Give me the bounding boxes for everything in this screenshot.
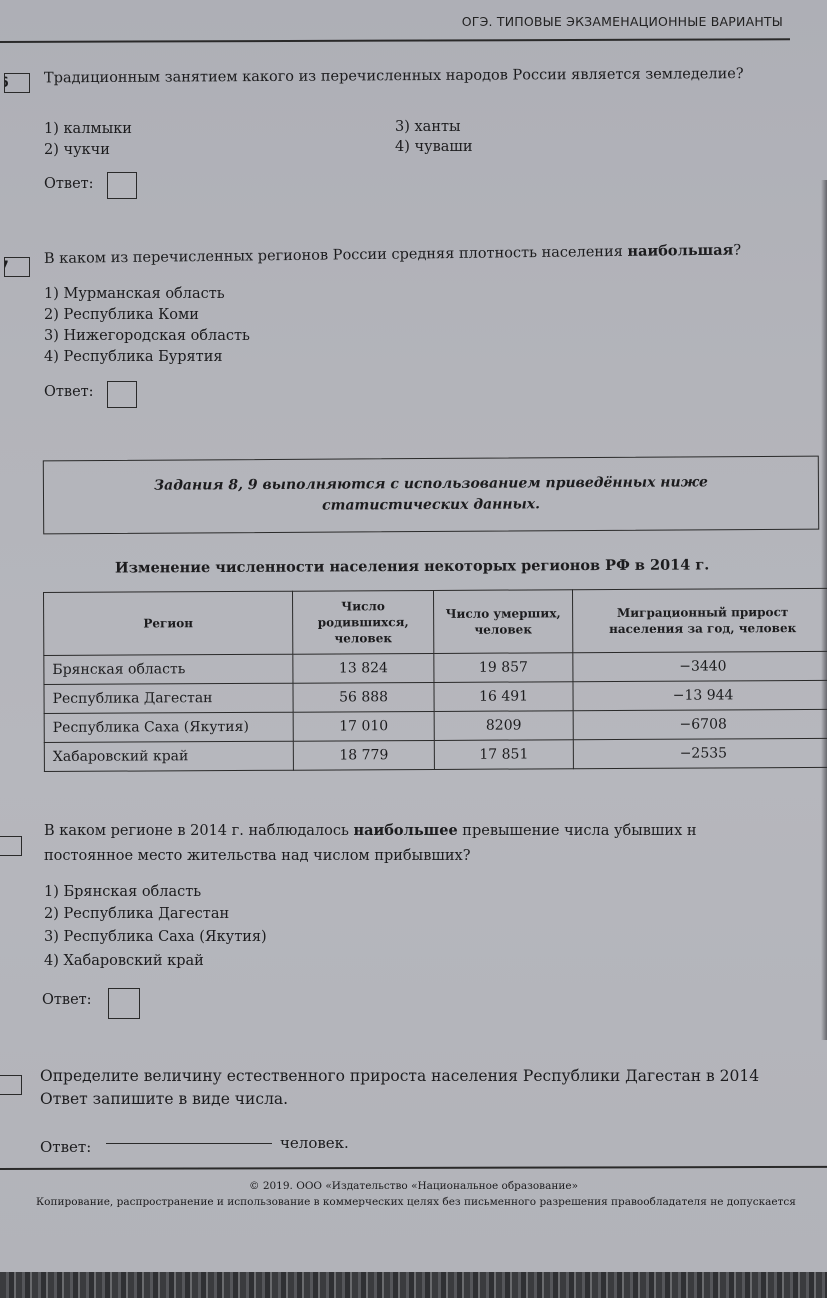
question-6-text: Традиционным занятием какого из перечисл… xyxy=(44,64,804,90)
births-cell: 17 010 xyxy=(293,711,434,741)
table-row: Хабаровский край18 77917 851−2535 xyxy=(44,738,827,771)
table-header-row: Регион Число родившихся, человек Число у… xyxy=(44,588,827,655)
table-row: Республика Саха (Якутия)17 0108209−6708 xyxy=(44,709,827,742)
question-6-answer-box[interactable] xyxy=(107,172,137,199)
question-9-answer-unit: человек. xyxy=(280,1134,349,1152)
question-7-option-3: 3) Нижегородская область xyxy=(44,326,250,347)
births-cell: 13 824 xyxy=(293,653,434,683)
column-header-region: Регион xyxy=(44,591,293,655)
question-8-option-2: 2) Республика Дагестан xyxy=(44,904,229,925)
instructions-notice: Задания 8, 9 выполняются с использование… xyxy=(43,456,819,535)
region-cell: Хабаровский край xyxy=(44,741,293,771)
question-6-option-2: 2) чукчи xyxy=(44,140,110,161)
question-6-option-3: 3) ханты xyxy=(395,117,461,138)
question-9-text: Определите величину естественного прирос… xyxy=(40,1066,759,1110)
question-number-6: 6 xyxy=(4,73,30,93)
table-row: Республика Дагестан56 88816 491−13 944 xyxy=(44,680,827,713)
header-rule xyxy=(0,38,790,42)
question-9-answer-label: Ответ: xyxy=(40,1138,91,1156)
question-7-text: В каком из перечисленных регионов России… xyxy=(44,239,741,270)
migration-cell: −3440 xyxy=(573,651,827,681)
question-8-option-1: 1) Брянская область xyxy=(44,882,201,903)
question-7-option-2: 2) Республика Коми xyxy=(44,305,199,326)
question-9-answer-field[interactable] xyxy=(106,1143,272,1144)
question-8-text: В каком регионе в 2014 г. наблюдалось на… xyxy=(44,820,697,867)
footer-copyright: © 2019. ООО «Издательство «Национальное … xyxy=(0,1180,827,1192)
table-row: Брянская область13 82419 857−3440 xyxy=(44,651,827,684)
question-7-answer-box[interactable] xyxy=(107,381,137,408)
question-8-option-4: 4) Хабаровский край xyxy=(44,951,204,972)
question-7-option-4: 4) Республика Бурятия xyxy=(44,347,223,368)
deaths-cell: 17 851 xyxy=(434,740,573,770)
column-header-migration: Миграционный прирост населения за год, ч… xyxy=(572,588,827,652)
population-table: Регион Число родившихся, человек Число у… xyxy=(43,588,827,772)
table-title: Изменение численности населения некоторы… xyxy=(115,556,709,576)
question-6-option-1: 1) калмыки xyxy=(44,119,132,140)
page-edge-shadow xyxy=(821,180,827,1040)
question-7-option-1: 1) Мурманская область xyxy=(44,284,225,305)
question-6-answer-label: Ответ: xyxy=(44,176,94,192)
running-header: ОГЭ. ТИПОВЫЕ ЭКЗАМЕНАЦИОННЫЕ ВАРИАНТЫ xyxy=(462,14,783,29)
question-number-7: 7 xyxy=(4,257,30,277)
deaths-cell: 16 491 xyxy=(434,682,573,712)
births-cell: 56 888 xyxy=(293,682,434,712)
question-6-option-4: 4) чуваши xyxy=(395,137,473,158)
migration-cell: −2535 xyxy=(573,738,827,768)
question-number-8: 8 xyxy=(0,836,22,856)
region-cell: Республика Саха (Якутия) xyxy=(44,712,293,742)
region-cell: Республика Дагестан xyxy=(44,683,293,713)
column-header-deaths: Число умерших, человек xyxy=(433,590,572,654)
footer-rule xyxy=(0,1166,827,1170)
exam-page: ОГЭ. ТИПОВЫЕ ЭКЗАМЕНАЦИОННЫЕ ВАРИАНТЫ 6 … xyxy=(0,0,827,1272)
question-8-answer-box[interactable] xyxy=(108,988,140,1019)
region-cell: Брянская область xyxy=(44,654,293,684)
migration-cell: −13 944 xyxy=(573,680,827,710)
question-7-answer-label: Ответ: xyxy=(44,384,94,400)
question-number-9: 9 xyxy=(0,1075,22,1095)
background-surface xyxy=(0,1272,827,1298)
migration-cell: −6708 xyxy=(573,709,827,739)
deaths-cell: 8209 xyxy=(434,711,573,741)
footer-notice: Копирование, распространение и использов… xyxy=(0,1196,827,1208)
deaths-cell: 19 857 xyxy=(434,653,573,683)
births-cell: 18 779 xyxy=(293,740,434,770)
question-8-option-3: 3) Республика Саха (Якутия) xyxy=(44,927,267,948)
column-header-births: Число родившихся, человек xyxy=(292,590,433,654)
question-8-answer-label: Ответ: xyxy=(42,992,92,1008)
